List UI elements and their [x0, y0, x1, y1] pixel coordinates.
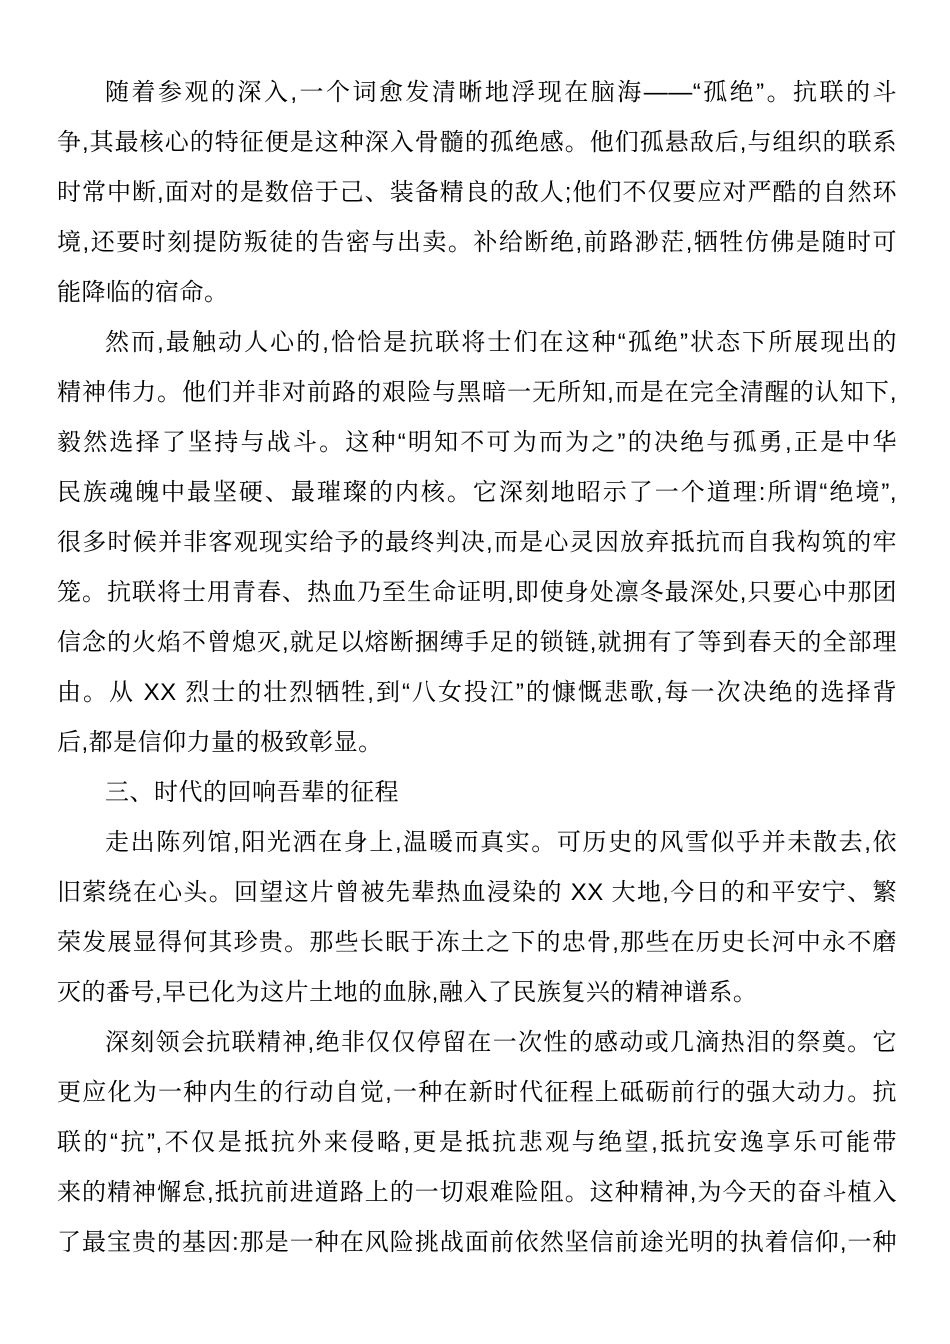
text-line: 笼。抗联将士用青春、热血乃至生命证明,即使身处凛冬最深处,只要心中那团 — [57, 568, 897, 618]
text-line: 民族魂魄中最坚硬、最璀璨的内核。它深刻地昭示了一个道理:所谓“绝境”, — [57, 468, 897, 518]
text-line: 来的精神懈怠,抵抗前进道路上的一切艰难险阻。这种精神,为今天的奋斗植入 — [57, 1168, 897, 1218]
section-heading-three: 三、时代的回响吾辈的征程 — [57, 768, 897, 818]
paragraph-spiritual-power: 然而,最触动人心的,恰恰是抗联将士们在这种“孤绝”状态下所展现出的精神伟力。他们… — [57, 318, 897, 768]
text-line: 能降临的宿命。 — [57, 268, 897, 318]
text-line: 灭的番号,早已化为这片土地的血脉,融入了民族复兴的精神谱系。 — [57, 968, 897, 1018]
text-line: 旧萦绕在心头。回望这片曾被先辈热血浸染的 XX 大地,今日的和平安宁、繁 — [57, 868, 897, 918]
text-line: 深刻领会抗联精神,绝非仅仅停留在一次性的感动或几滴热泪的祭奠。它 — [57, 1018, 897, 1068]
paragraph-comprehend-spirit: 深刻领会抗联精神,绝非仅仅停留在一次性的感动或几滴热泪的祭奠。它更应化为一种内生… — [57, 1018, 897, 1268]
text-line: 很多时候并非客观现实给予的最终判决,而是心灵因放弃抵抗而自我构筑的牢 — [57, 518, 897, 568]
text-line: 境,还要时刻提防叛徒的告密与出卖。补给断绝,前路渺茫,牺牲仿佛是随时可 — [57, 218, 897, 268]
text-line: 后,都是信仰力量的极致彰显。 — [57, 718, 897, 768]
text-line: 争,其最核心的特征便是这种深入骨髓的孤绝感。他们孤悬敌后,与组织的联系 — [57, 118, 897, 168]
heading-line: 三、时代的回响吾辈的征程 — [57, 768, 897, 818]
paragraph-guju-sense: 随着参观的深入,一个词愈发清晰地浮现在脑海——“孤绝”。抗联的斗争,其最核心的特… — [57, 68, 897, 318]
document-body: 随着参观的深入,一个词愈发清晰地浮现在脑海——“孤绝”。抗联的斗争,其最核心的特… — [57, 68, 897, 1268]
paragraph-leaving-memorial: 走出陈列馆,阳光洒在身上,温暖而真实。可历史的风雪似乎并未散去,依旧萦绕在心头。… — [57, 818, 897, 1018]
text-line: 荣发展显得何其珍贵。那些长眠于冻土之下的忠骨,那些在历史长河中永不磨 — [57, 918, 897, 968]
text-line: 信念的火焰不曾熄灭,就足以熔断捆缚手足的锁链,就拥有了等到春天的全部理 — [57, 618, 897, 668]
text-line: 由。从 XX 烈士的壮烈牺牲,到“八女投江”的慷慨悲歌,每一次决绝的选择背 — [57, 668, 897, 718]
text-line: 更应化为一种内生的行动自觉,一种在新时代征程上砥砺前行的强大动力。抗 — [57, 1068, 897, 1118]
text-line: 然而,最触动人心的,恰恰是抗联将士们在这种“孤绝”状态下所展现出的 — [57, 318, 897, 368]
text-line: 随着参观的深入,一个词愈发清晰地浮现在脑海——“孤绝”。抗联的斗 — [57, 68, 897, 118]
text-line: 时常中断,面对的是数倍于己、装备精良的敌人;他们不仅要应对严酷的自然环 — [57, 168, 897, 218]
text-line: 精神伟力。他们并非对前路的艰险与黑暗一无所知,而是在完全清醒的认知下, — [57, 368, 897, 418]
document-page: 随着参观的深入,一个词愈发清晰地浮现在脑海——“孤绝”。抗联的斗争,其最核心的特… — [0, 0, 950, 1344]
text-line: 联的“抗”,不仅是抵抗外来侵略,更是抵抗悲观与绝望,抵抗安逸享乐可能带 — [57, 1118, 897, 1168]
text-line: 走出陈列馆,阳光洒在身上,温暖而真实。可历史的风雪似乎并未散去,依 — [57, 818, 897, 868]
text-line: 毅然选择了坚持与战斗。这种“明知不可为而为之”的决绝与孤勇,正是中华 — [57, 418, 897, 468]
text-line: 了最宝贵的基因:那是一种在风险挑战面前依然坚信前途光明的执着信仰,一种 — [57, 1218, 897, 1268]
